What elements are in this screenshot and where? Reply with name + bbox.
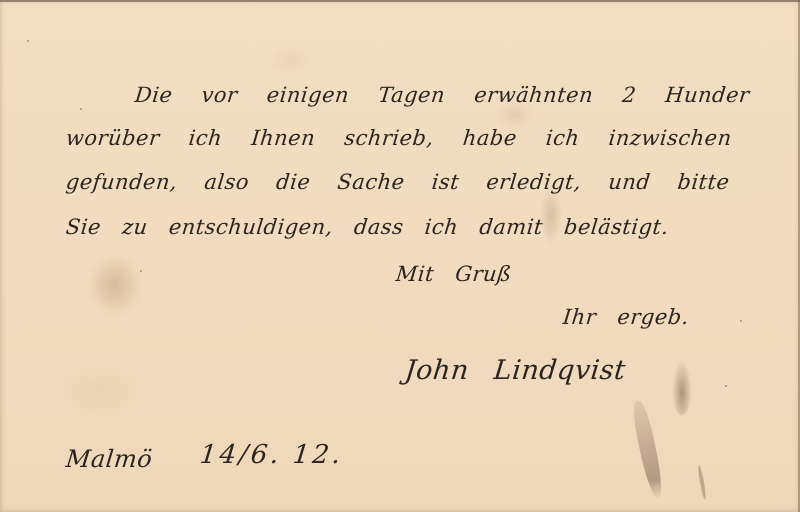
closing-greeting: Mit Gruß <box>395 262 513 286</box>
ink-stain <box>672 360 692 415</box>
speck <box>740 320 742 322</box>
signature: John Lindqvist <box>403 355 627 386</box>
place: Malmö <box>65 445 154 473</box>
card-edge-top <box>0 0 800 2</box>
speck <box>140 270 142 272</box>
body-line-4: Sie zu entschuldigen, dass ich damit bel… <box>65 215 670 239</box>
speck <box>725 385 727 387</box>
date: 14/6. 12. <box>198 440 344 470</box>
closing-valediction: Ihr ergeb. <box>562 305 691 329</box>
body-line-3: gefunden, also die Sache ist erledigt, u… <box>65 170 731 194</box>
ink-stain <box>630 399 666 500</box>
body-line-2: worüber ich Ihnen schrieb, habe ich inzw… <box>65 126 733 150</box>
ink-stain <box>697 465 707 500</box>
speck <box>27 40 29 42</box>
postcard: Die vor einigen Tagen erwähnten 2 Hunder… <box>0 0 800 512</box>
speck <box>80 108 82 110</box>
body-line-1: Die vor einigen Tagen erwähnten 2 Hunder <box>134 83 751 107</box>
